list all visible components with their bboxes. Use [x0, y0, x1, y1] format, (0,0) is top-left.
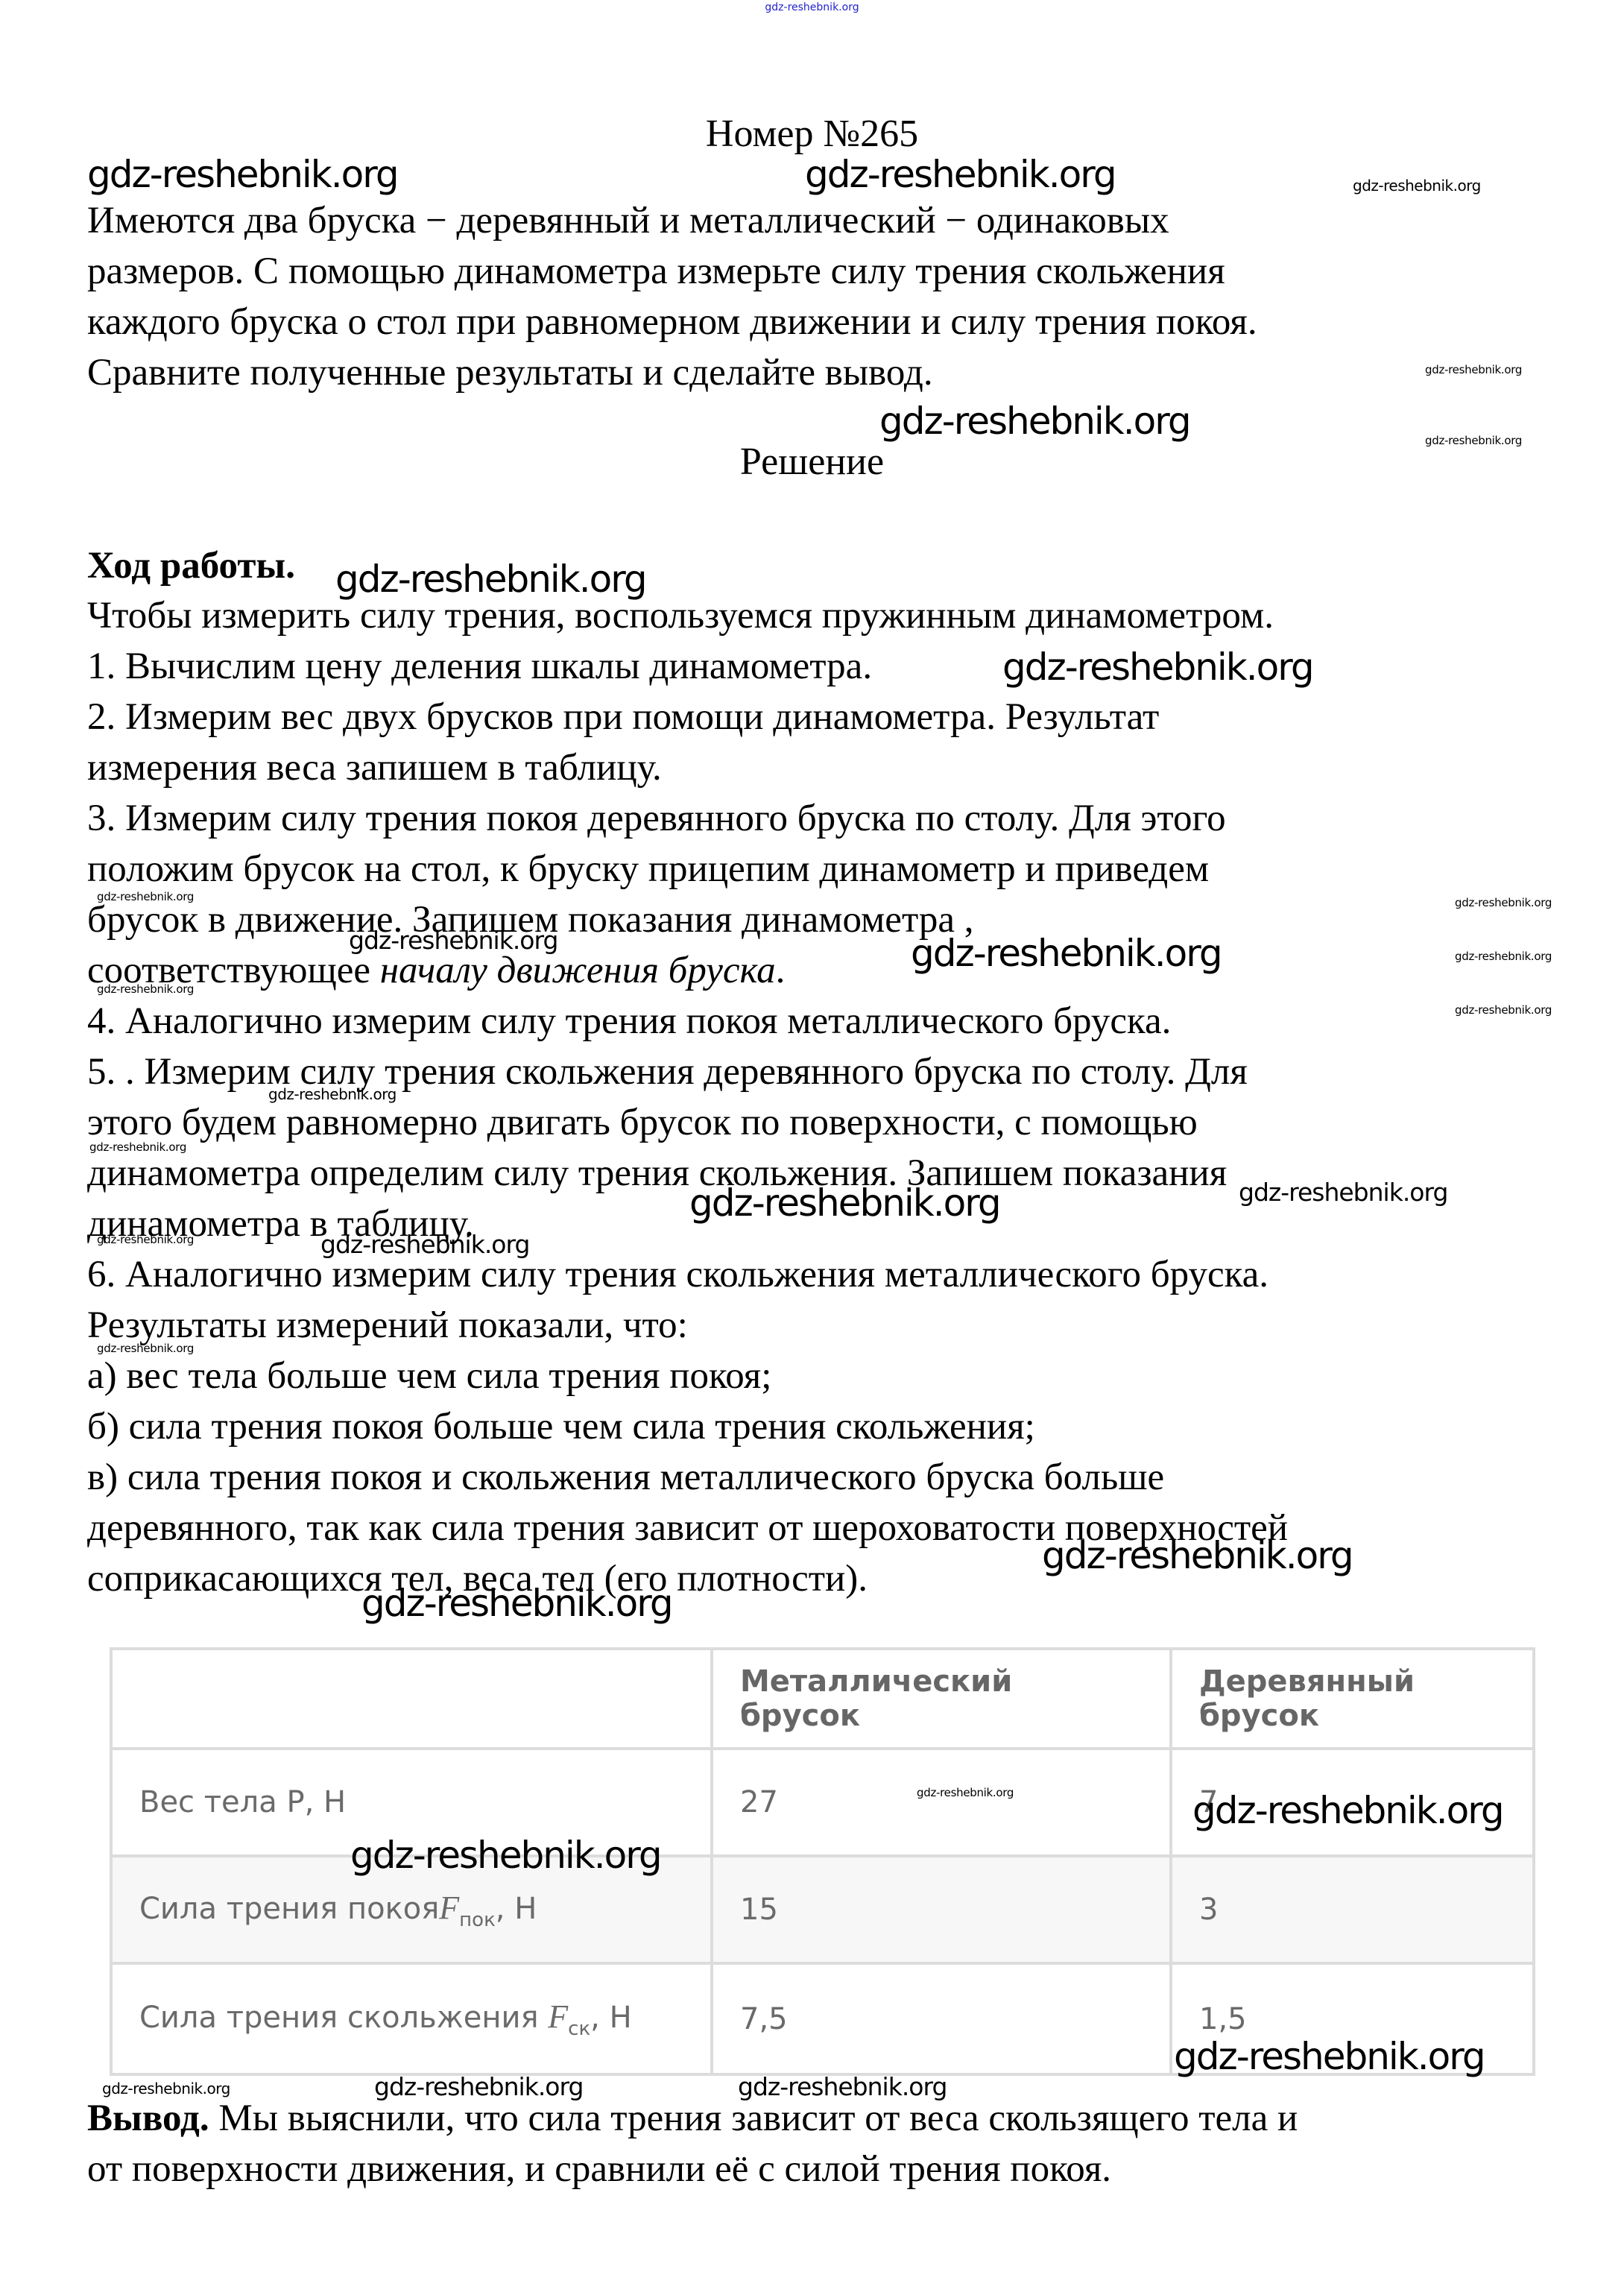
- unit-text: , Н: [496, 1892, 537, 1926]
- watermark: gdz-reshebnik.org: [87, 153, 398, 196]
- watermark: gdz-reshebnik.org: [1425, 363, 1522, 376]
- row-label-text: Сила трения покоя: [139, 1892, 439, 1926]
- watermark: gdz-reshebnik.org: [97, 1233, 194, 1246]
- watermark: gdz-reshebnik.org: [1239, 1178, 1447, 1207]
- results-table: Металлический брусок Деревянный брусок В…: [110, 1647, 1535, 2076]
- table-header-cell: Металлический брусок: [712, 1649, 1171, 1749]
- task-line: размеров. С помощью динамометра измерьте…: [87, 246, 1225, 297]
- watermark: gdz-reshebnik.org: [1353, 177, 1481, 195]
- task-line: Сравните полученные результаты и сделайт…: [87, 347, 933, 398]
- solution-line: 6. Аналогично измерим силу трения скольж…: [87, 1249, 1268, 1300]
- solution-line: 4. Аналогично измерим силу трения покоя …: [87, 996, 1171, 1047]
- text-italic: началу движения бруска: [380, 950, 776, 991]
- top-watermark: gdz-reshebnik.org: [0, 1, 1624, 13]
- solution-line: 1. Вычислим цену деления шкалы динамомет…: [87, 641, 872, 692]
- solution-line: положим брусок на стол, к бруску прицепи…: [87, 844, 1209, 894]
- table-row: Сила трения покояFпок, Н 15 3: [111, 1856, 1534, 1963]
- force-subscript: ск: [568, 2018, 590, 2040]
- solution-line: б) сила трения покоя больше чем сила тре…: [87, 1401, 1035, 1452]
- table-header-row: Металлический брусок Деревянный брусок: [111, 1649, 1534, 1749]
- watermark: gdz-reshebnik.org: [1455, 1003, 1552, 1017]
- solution-line: 2. Измерим вес двух брусков при помощи д…: [87, 692, 1159, 742]
- row-label-text: Вес тела P, Н: [139, 1785, 346, 1819]
- watermark: gdz-reshebnik.org: [1174, 2035, 1485, 2078]
- task-line: каждого бруска о стол при равномерном дв…: [87, 297, 1257, 347]
- watermark: gdz-reshebnik.org: [911, 932, 1222, 975]
- conclusion-line: от поверхности движения, и сравнили её с…: [87, 2144, 1111, 2194]
- solution-line: а) вес тела больше чем сила трения покоя…: [87, 1351, 771, 1401]
- solution-line: 3. Измерим силу трения покоя деревянного…: [87, 793, 1226, 844]
- row-label: Сила трения скольжения Fск, Н: [111, 1963, 712, 2074]
- watermark: gdz-reshebnik.org: [1192, 1789, 1503, 1832]
- solution-line: Чтобы измерить силу трения, воспользуемс…: [87, 590, 1274, 641]
- wood-value: 3: [1171, 1856, 1534, 1963]
- watermark: gdz-reshebnik.org: [1455, 950, 1552, 963]
- watermark: gdz-reshebnik.org: [1455, 896, 1552, 909]
- watermark: gdz-reshebnik.org: [879, 400, 1190, 443]
- metal-value: 27: [712, 1749, 1171, 1856]
- row-label-text: Сила трения скольжения: [139, 2001, 548, 2035]
- solution-line: измерения веса запишем в таблицу.: [87, 742, 662, 793]
- watermark: gdz-reshebnik.org: [917, 1786, 1014, 1799]
- table-header-cell: Деревянный брусок: [1171, 1649, 1534, 1749]
- metal-value: 7,5: [712, 1963, 1171, 2074]
- table-header-cell: [111, 1649, 712, 1749]
- conclusion-label: Вывод.: [87, 2097, 209, 2139]
- solution-line: в) сила трения покоя и скольжения металл…: [87, 1452, 1164, 1503]
- metal-value: 15: [712, 1856, 1171, 1963]
- force-subscript: пок: [459, 1909, 496, 1931]
- conclusion-text: Мы выяснили, что сила трения зависит от …: [209, 2097, 1298, 2139]
- watermark: gdz-reshebnik.org: [361, 1582, 672, 1625]
- page-title: Номер №265: [0, 112, 1624, 156]
- watermark: gdz-reshebnik.org: [350, 1834, 661, 1877]
- conclusion-line: Вывод. Мы выяснили, что сила трения зави…: [87, 2093, 1298, 2144]
- solution-line: 5. . Измерим силу трения скольжения дере…: [87, 1047, 1248, 1097]
- watermark: gdz-reshebnik.org: [1002, 645, 1313, 689]
- unit-text: , Н: [590, 2001, 632, 2035]
- watermark: gdz-reshebnik.org: [805, 153, 1116, 196]
- force-symbol: F: [439, 1890, 459, 1926]
- solution-line: динамометра определим силу трения скольж…: [87, 1148, 1227, 1199]
- watermark: gdz-reshebnik.org: [1042, 1534, 1353, 1577]
- watermark: gdz-reshebnik.org: [97, 982, 194, 996]
- solution-line: этого будем равномерно двигать брусок по…: [87, 1097, 1198, 1148]
- solution-heading: Решение: [0, 440, 1624, 484]
- force-symbol: F: [548, 1998, 568, 2035]
- watermark: gdz-reshebnik.org: [689, 1181, 1000, 1225]
- task-line: Имеются два бруска − деревянный и металл…: [87, 195, 1169, 246]
- work-heading: Ход работы.: [87, 540, 295, 591]
- text-plain: .: [776, 950, 786, 991]
